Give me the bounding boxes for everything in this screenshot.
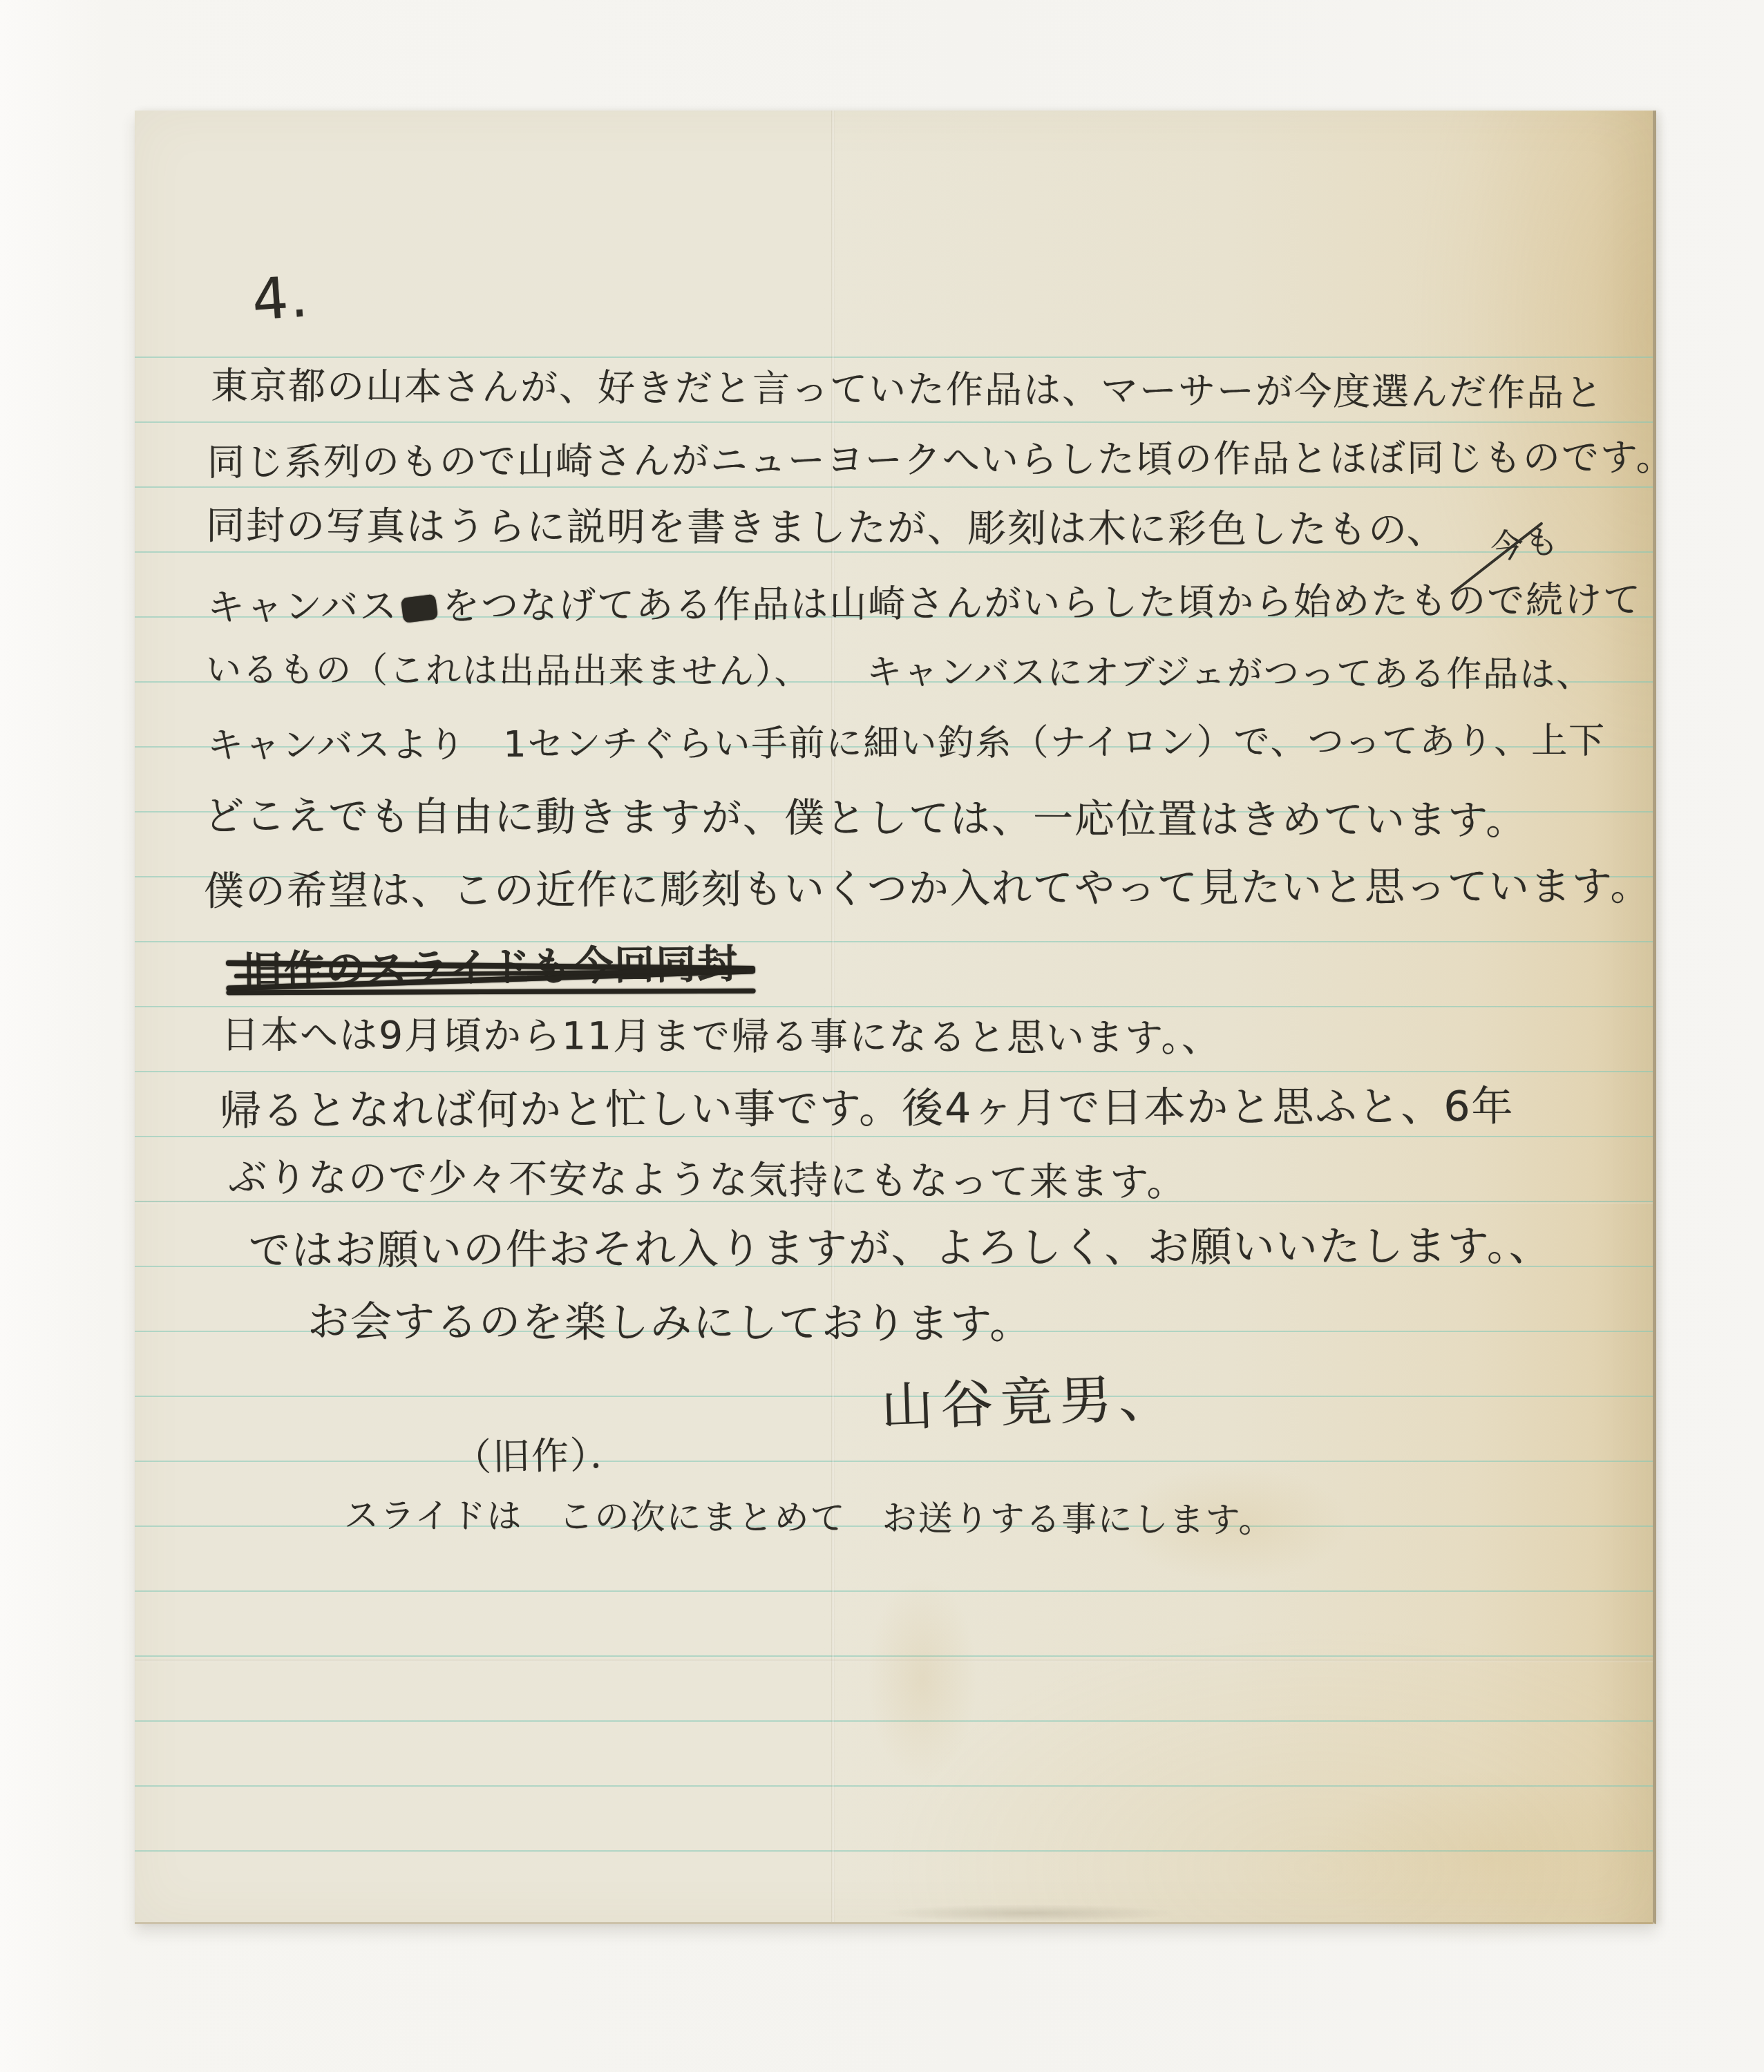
handwritten-line-1: 東京都の山本さんが、好きだと言っていた作品は、マーサーが今度選んだ作品と bbox=[211, 363, 1604, 417]
handwritten-line-10: 日本へは9月頃から11月まで帰る事になると思います。、 bbox=[221, 1011, 1221, 1062]
handwritten-line-7: どこえでも自由に動きますが、僕としては、一応位置はきめています。 bbox=[204, 791, 1528, 846]
bottom-edge-curl-shadow bbox=[881, 1904, 1178, 1922]
handwritten-line-11: 帰るとなれば何かと忙しい事です。後4ヶ月で日本かと思ふと、6年 bbox=[220, 1081, 1515, 1138]
handwritten-line-4: キャンバスをつなげてある作品は山崎さんがいらした頃から始めたもので続けて bbox=[207, 577, 1642, 631]
page-number-text: 4. bbox=[250, 264, 312, 334]
handwritten-line-8: 僕の希望は、この近作に彫刻もいくつか入れてやって見たいと思っています。 bbox=[204, 861, 1652, 916]
line-11-text: 帰るとなれば何かと忙しい事です。後4ヶ月で日本かと思ふと、6年 bbox=[220, 1083, 1515, 1136]
signature: 山谷竟男、 bbox=[880, 1365, 1179, 1441]
letter-paper-sheet: 4. 東京都の山本さんが、好きだと言っていた作品は、マーサーが今度選んだ作品と … bbox=[135, 111, 1656, 1924]
line-6-text: キャンバスより 1センチぐらい手前に細い釣糸（ナイロン）で、つってあり、上下 bbox=[207, 720, 1606, 766]
inserted-word: 今も bbox=[1488, 520, 1562, 569]
line-14-text: お会するのを楽しみにしております。 bbox=[307, 1298, 1032, 1349]
postscript-line-text: スライドは この次にまとめて お送りする事にします。 bbox=[344, 1495, 1275, 1540]
line-3-text: 同封の写真はうらに説明を書きましたが、彫刻は木に彩色したもの、 bbox=[206, 504, 1447, 553]
inked-out-character bbox=[401, 594, 438, 623]
handwritten-line-3: 同封の写真はうらに説明を書きましたが、彫刻は木に彩色したもの、 bbox=[206, 502, 1447, 555]
horizontal-fold-crease bbox=[135, 1660, 1653, 1662]
handwritten-line-5: いるもの（これは出品出来ません）、 キャンバスにオブジェがつってある作品は、 bbox=[206, 648, 1593, 697]
line-8-text: 僕の希望は、この近作に彫刻もいくつか入れてやって見たいと思っています。 bbox=[204, 862, 1652, 914]
scanned-letter-screenshot: { "letter": { "page_number": "4.", "line… bbox=[0, 0, 1764, 2072]
postscript-note-text: （旧作）． bbox=[453, 1433, 629, 1479]
crossed-out-line: 旧作のスライドも今回同封 bbox=[238, 939, 743, 996]
line-4-prefix-text: キャンバス bbox=[207, 584, 399, 629]
line-5-text: いるもの（これは出品出来ません）、 キャンバスにオブジェがつってある作品は、 bbox=[206, 649, 1593, 695]
line-13-text: ではお願いの件おそれ入りますが、よろしく、お願いいたします。、 bbox=[249, 1222, 1552, 1275]
postscript-line: スライドは この次にまとめて お送りする事にします。 bbox=[344, 1494, 1275, 1542]
line-2-text: 同じ系列のもので山崎さんがニューヨークへいらした頃の作品とほぼ同じものです。 bbox=[207, 435, 1675, 484]
page-number: 4. bbox=[250, 262, 312, 336]
postscript-note: （旧作）． bbox=[453, 1432, 629, 1481]
handwritten-line-13: ではお願いの件おそれ入りますが、よろしく、お願いいたします。、 bbox=[249, 1221, 1552, 1277]
line-1-text: 東京都の山本さんが、好きだと言っていた作品は、マーサーが今度選んだ作品と bbox=[211, 364, 1604, 415]
signature-text: 山谷竟男、 bbox=[880, 1367, 1179, 1438]
line-4-rest-text: をつなげてある作品は山崎さんがいらした頃から始めたもので続けて bbox=[442, 578, 1642, 628]
handwritten-line-6: キャンバスより 1センチぐらい手前に細い釣糸（ナイロン）で、つってあり、上下 bbox=[207, 719, 1606, 768]
line-7-text: どこえでも自由に動きますが、僕としては、一応位置はきめています。 bbox=[204, 792, 1528, 844]
line-12-text: ぶりなので少々不安なような気持にもなって来ます。 bbox=[228, 1155, 1187, 1205]
line-10-text: 日本へは9月頃から11月まで帰る事になると思います。、 bbox=[221, 1012, 1221, 1060]
handwritten-line-14: お会するのを楽しみにしております。 bbox=[307, 1296, 1032, 1351]
handwritten-line-2: 同じ系列のもので山崎さんがニューヨークへいらした頃の作品とほぼ同じものです。 bbox=[207, 434, 1675, 486]
inserted-word-text: 今も bbox=[1488, 522, 1561, 567]
handwritten-line-12: ぶりなので少々不安なような気持にもなって来ます。 bbox=[228, 1154, 1187, 1207]
